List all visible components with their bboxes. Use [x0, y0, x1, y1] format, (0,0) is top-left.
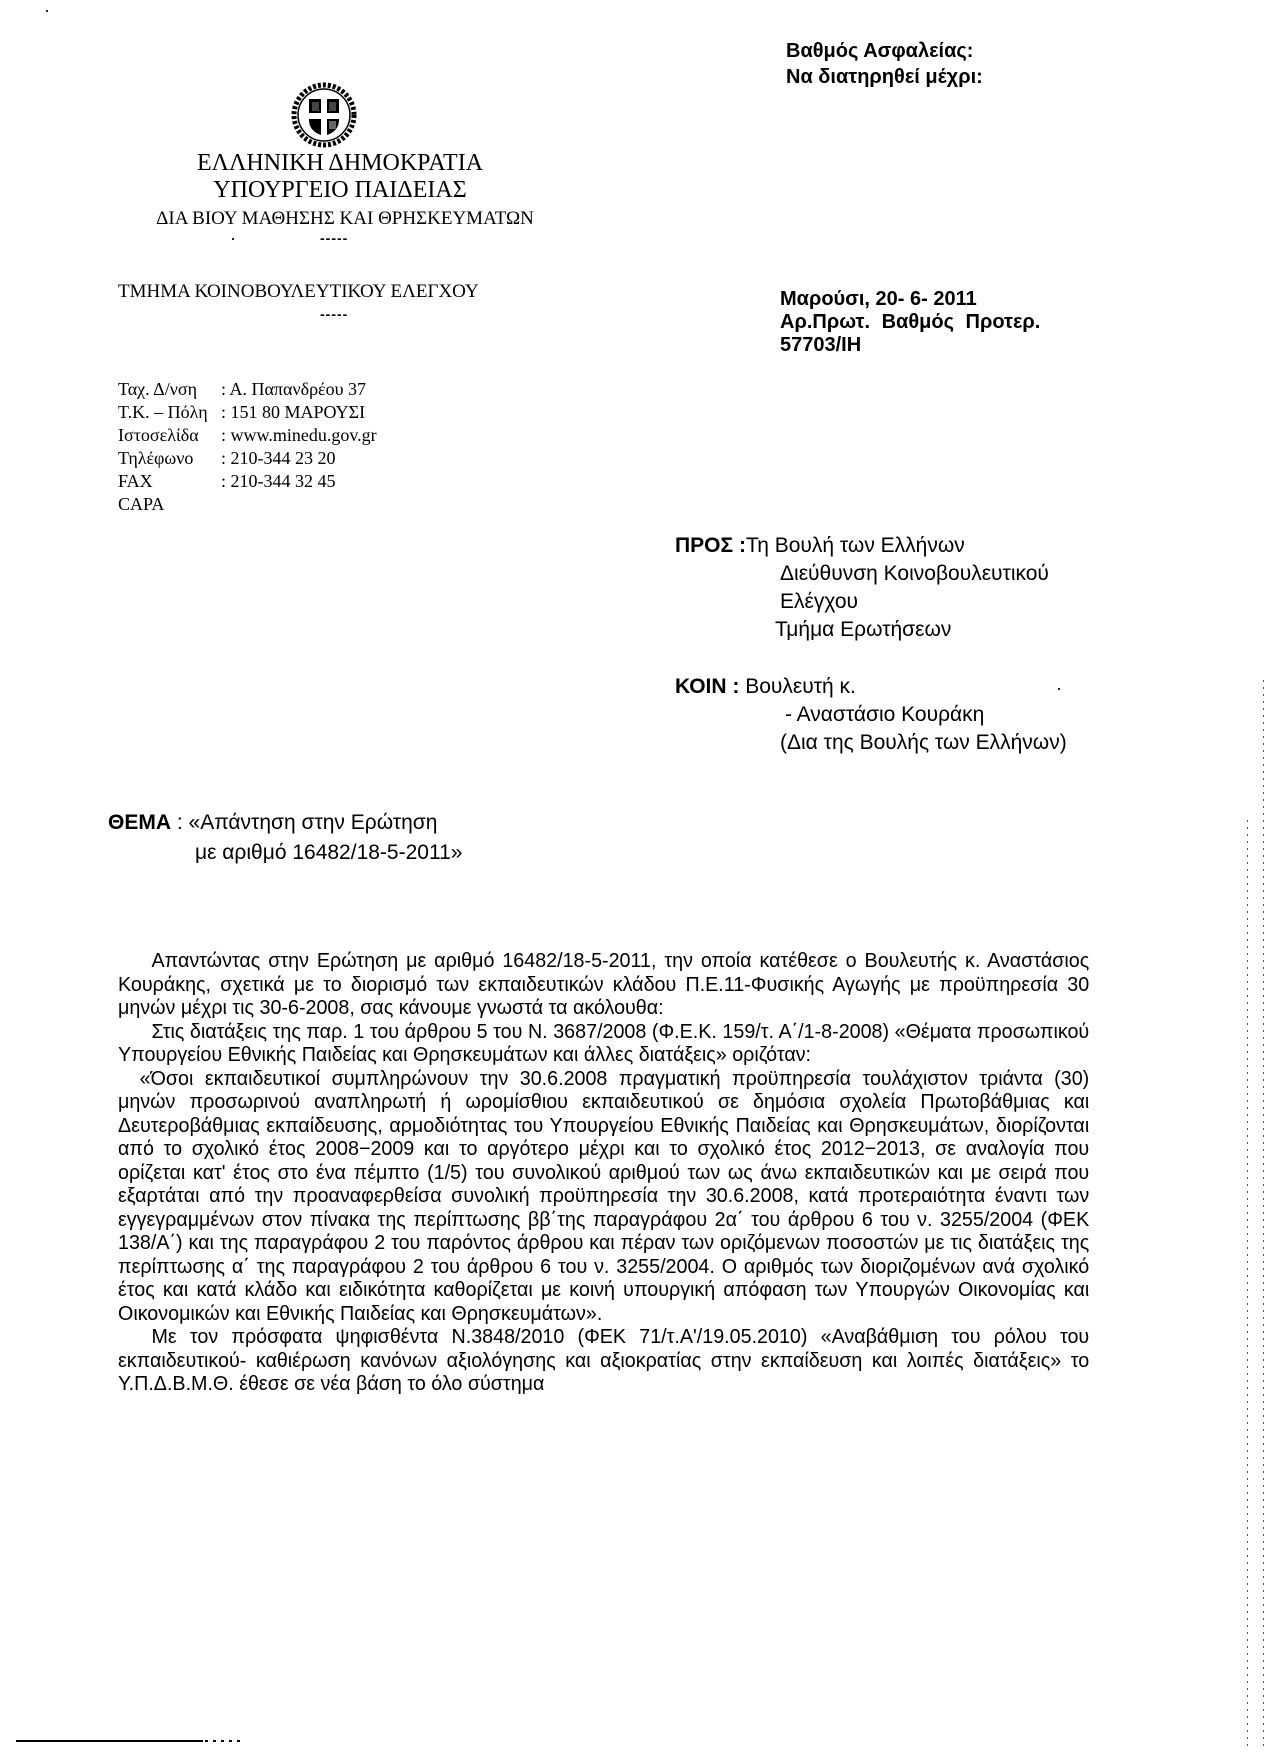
- retain-until-label: Να διατηρηθεί μέχρι:: [786, 64, 983, 90]
- cc-line: Βουλευτή κ.: [745, 675, 856, 698]
- contact-row-postcode: Τ.Κ. – Πόλη : 151 80 ΜΑΡΟΥΣΙ: [118, 401, 377, 424]
- contact-value: : 210-344 32 45: [221, 470, 336, 493]
- body-paragraph: Απαντώντας στην Ερώτηση με αριθμό 16482/…: [118, 950, 1089, 1021]
- cc-line: (Δια της Βουλής των Ελλήνων): [780, 729, 1067, 757]
- body-paragraph: Με τον πρόσφατα ψηφισθέντα Ν.3848/2010 (…: [118, 1326, 1089, 1397]
- contact-value: : 151 80 ΜΑΡΟΥΣΙ: [221, 401, 365, 424]
- security-classification: Βαθμός Ασφαλείας: Να διατηρηθεί μέχρι:: [786, 38, 983, 90]
- contact-row-address: Ταχ. Δ/νση : Α. Παπανδρέου 37: [118, 378, 377, 401]
- recipient-to: ΠΡΟΣ :Τη Βουλή των Ελλήνων Διεύθυνση Κοι…: [675, 532, 1049, 644]
- date-protocol-block: Μαρούσι, 20- 6- 2011 Αρ.Πρωτ. Βαθμός Προ…: [780, 288, 1040, 357]
- cc-line: - Αναστάσιο Κουράκη: [785, 701, 1067, 729]
- contact-label: Τ.Κ. – Πόλη: [118, 401, 221, 424]
- letter-body: Απαντώντας στην Ερώτηση με αριθμό 16482/…: [118, 950, 1089, 1397]
- contact-label: Ιστοσελίδα: [118, 424, 221, 447]
- to-line: Τη Βουλή των Ελλήνων: [746, 534, 965, 557]
- protocol-number: 57703/ΙΗ: [780, 334, 1040, 357]
- contact-row-fax: FAX : 210-344 32 45: [118, 470, 377, 493]
- contact-value: : www.minedu.gov.gr: [221, 424, 377, 447]
- security-level-label: Βαθμός Ασφαλείας:: [786, 38, 983, 64]
- to-label: ΠΡΟΣ :: [675, 534, 746, 557]
- contact-row-phone: Τηλέφωνο : 210-344 23 20: [118, 447, 377, 470]
- subject-label: ΘΕΜΑ: [108, 811, 171, 834]
- contact-row-website: Ιστοσελίδα : www.minedu.gov.gr: [118, 424, 377, 447]
- contact-details: Ταχ. Δ/νση : Α. Παπανδρέου 37 Τ.Κ. – Πόλ…: [118, 378, 377, 516]
- cc-label: ΚΟΙΝ :: [675, 675, 739, 698]
- body-paragraph: Στις διατάξεις της παρ. 1 του άρθρου 5 τ…: [118, 1021, 1089, 1068]
- scan-speck: [1058, 688, 1060, 690]
- ministry-subheading: ΔΙΑ ΒΙΟΥ ΜΑΘΗΣΗΣ ΚΑΙ ΘΡΗΣΚΕΥΜΑΤΩΝ: [120, 205, 570, 232]
- to-line: Τμήμα Ερωτήσεων: [775, 616, 1049, 644]
- recipient-cc: ΚΟΙΝ : Βουλευτή κ. - Αναστάσιο Κουράκη (…: [675, 673, 1067, 757]
- subject-line: με αριθμό 16482/18-5-2011»: [195, 838, 462, 868]
- place-date: Μαρούσι, 20- 6- 2011: [780, 288, 1040, 311]
- scan-edge-artifact: [1263, 680, 1264, 1750]
- ministry-heading: ΥΠΟΥΡΓΕΙΟ ΠΑΙΔΕΙΑΣ: [180, 177, 500, 204]
- scan-speck: [232, 238, 234, 240]
- contact-label: FAX: [118, 470, 221, 493]
- protocol-label: Αρ.Πρωτ.: [780, 311, 870, 333]
- subject: ΘΕΜΑ : «Απάντηση στην Ερώτηση με αριθμό …: [108, 808, 462, 868]
- department-heading: ΤΜΗΜΑ ΚΟΙΝΟΒΟΥΛΕΥΤΙΚΟΥ ΕΛΕΓΧΟΥ: [118, 278, 479, 305]
- contact-value: : 210-344 23 20: [221, 447, 336, 470]
- republic-heading: ΕΛΛΗΝΙΚΗ ΔΗΜΟΚΡΑΤΙΑ: [180, 150, 500, 177]
- protocol-priority-line: Αρ.Πρωτ. Βαθμός Προτερ.: [780, 311, 1040, 334]
- priority-label: Βαθμός Προτερ.: [882, 311, 1041, 333]
- to-line: Διεύθυνση Κοινοβουλευτικού: [780, 560, 1049, 588]
- quoted-law-paragraph: «Όσοι εκπαιδευτικοί συμπληρώνουν την 30.…: [118, 1068, 1089, 1327]
- footer-dotted-rule: [205, 1740, 245, 1742]
- header-separator: -----: [320, 230, 348, 246]
- greek-coat-of-arms-icon: [291, 82, 357, 148]
- scan-speck: [46, 10, 48, 12]
- scan-edge-artifact: [1247, 820, 1248, 1750]
- contact-row-capa: CAPA: [118, 493, 377, 516]
- footer-rule: [16, 1740, 203, 1742]
- contact-label: CAPA: [118, 493, 221, 516]
- to-line: Ελέγχου: [780, 588, 1049, 616]
- contact-label: Τηλέφωνο: [118, 447, 221, 470]
- contact-label: Ταχ. Δ/νση: [118, 378, 221, 401]
- department-separator: -----: [320, 306, 348, 322]
- contact-value: : Α. Παπανδρέου 37: [221, 378, 366, 401]
- subject-line: : «Απάντηση στην Ερώτηση: [177, 811, 438, 834]
